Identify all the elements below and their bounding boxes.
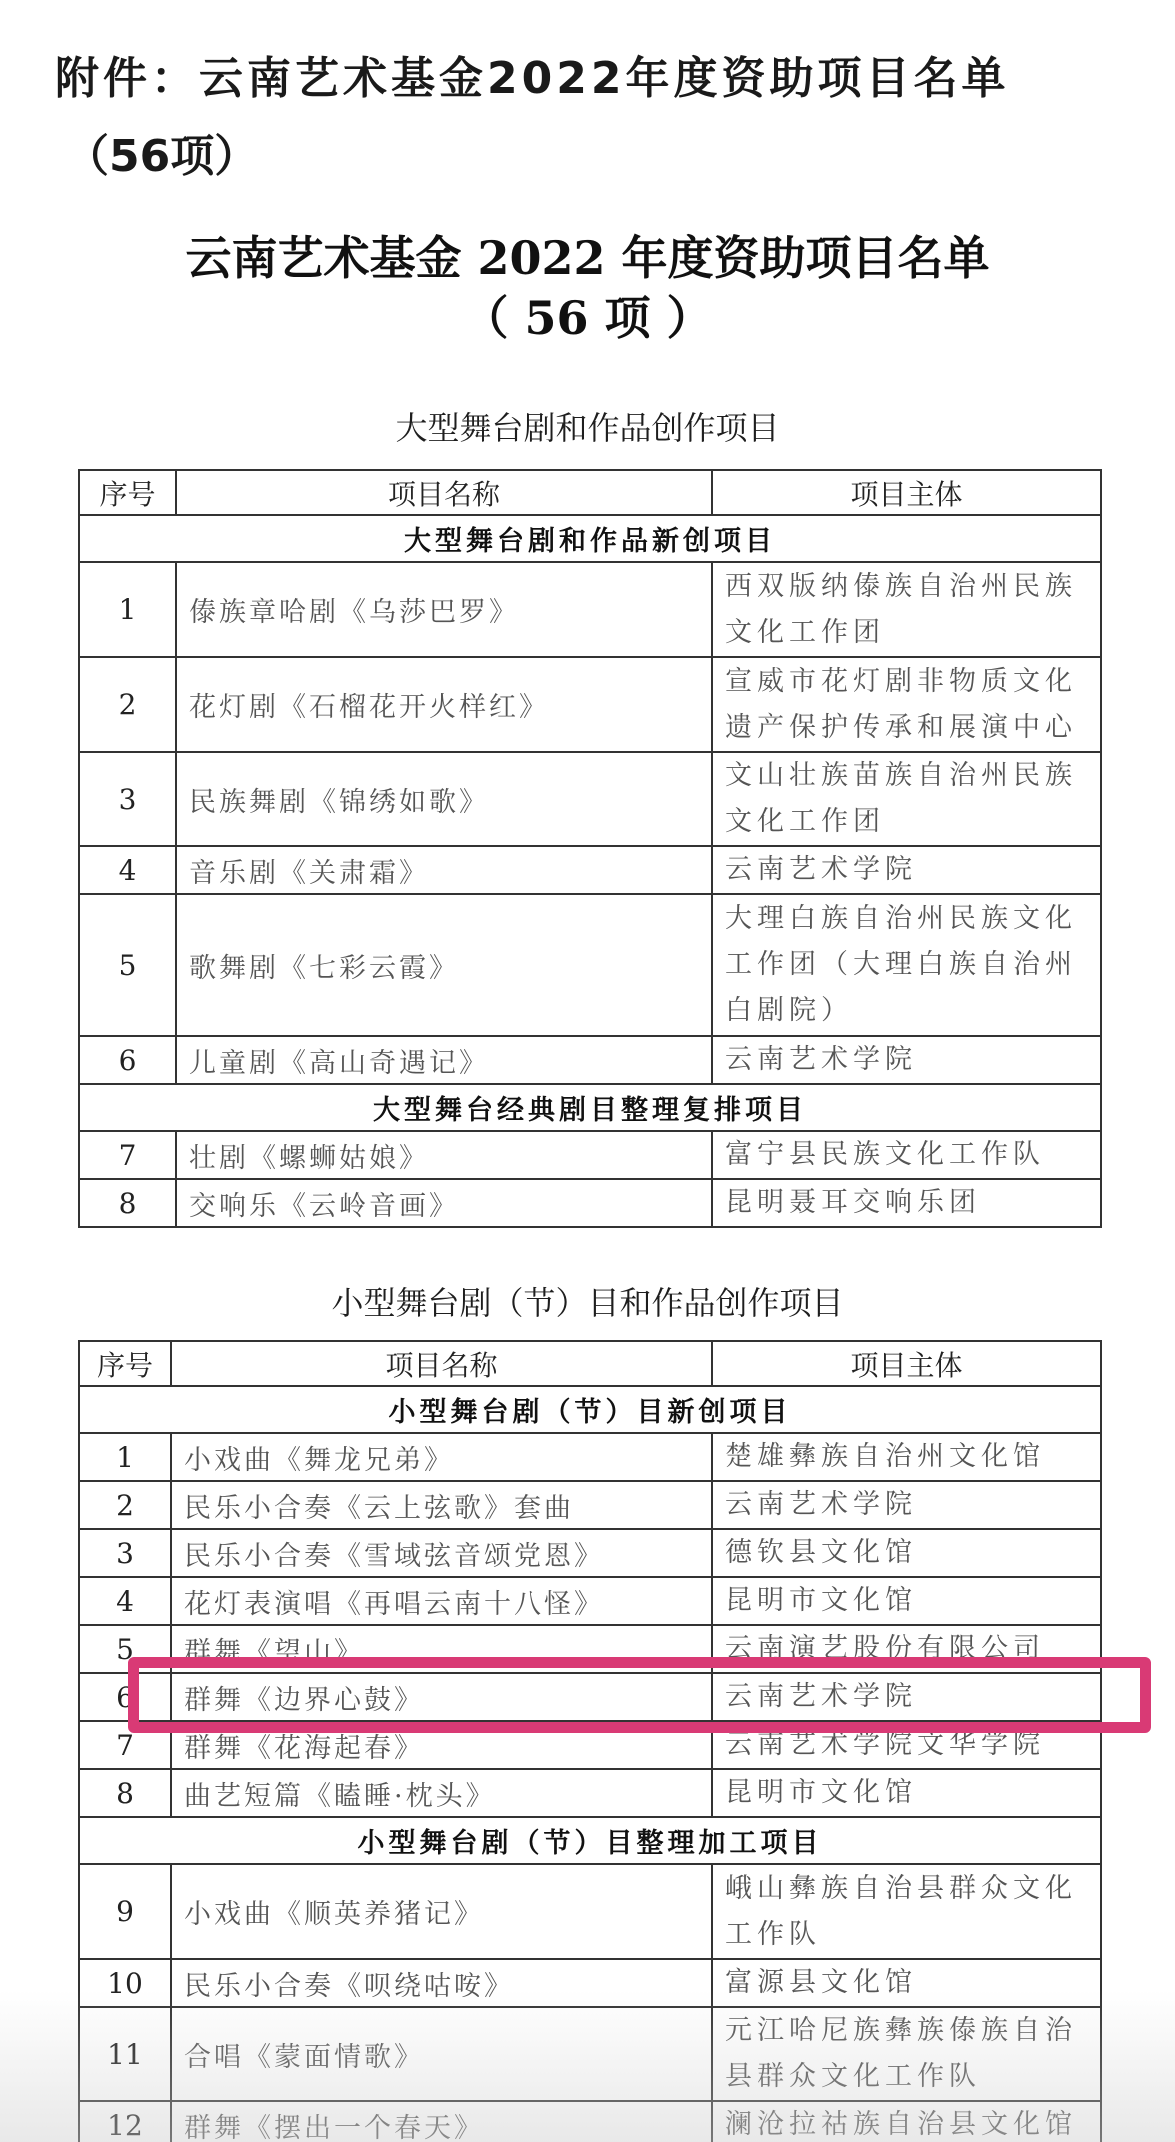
row-num: 5 (79, 894, 176, 1036)
row-name: 歌舞剧《七彩云霞》 (176, 894, 712, 1036)
post-title-line2: （56项） (55, 118, 1155, 196)
section-row: 大型舞台剧和作品新创项目 (79, 515, 1101, 562)
table-row: 8 曲艺短篇《瞌睡·枕头》 昆明市文化馆 (79, 1769, 1101, 1817)
row-org: 楚雄彝族自治州文化馆 (712, 1433, 1101, 1481)
table-row: 3 民族舞剧《锦绣如歌》 文山壮族苗族自治州民族文化工作团 (79, 752, 1101, 846)
col-header-num: 序号 (79, 1341, 171, 1386)
table-row: 5 群舞《望山》 云南演艺股份有限公司 (79, 1625, 1101, 1673)
row-org: 峨山彝族自治县群众文化工作队 (712, 1864, 1101, 1959)
row-num: 4 (79, 1577, 171, 1625)
row-num: 11 (79, 2007, 171, 2101)
col-header-org: 项目主体 (712, 470, 1101, 515)
row-name: 音乐剧《关肃霜》 (176, 846, 712, 894)
row-org: 富源县文化馆 (712, 1959, 1101, 2007)
row-name: 民族舞剧《锦绣如歌》 (176, 752, 712, 846)
row-name: 合唱《蒙面情歌》 (171, 2007, 712, 2101)
row-name: 曲艺短篇《瞌睡·枕头》 (171, 1769, 712, 1817)
row-org: 昆明市文化馆 (712, 1577, 1101, 1625)
row-org: 大理白族自治州民族文化工作团（大理白族自治州白剧院） (712, 894, 1101, 1036)
row-num: 3 (79, 752, 176, 846)
document-title-line1: 云南艺术基金 2022 年度资助项目名单 (0, 228, 1175, 288)
row-name: 民乐小合奏《呗绕咕咹》 (171, 1959, 712, 2007)
table-row: 7 群舞《花海起春》 云南艺术学院文华学院 (79, 1721, 1101, 1769)
table1-heading: 大型舞台剧和作品创作项目 (0, 403, 1175, 449)
row-name: 小戏曲《舞龙兄弟》 (171, 1433, 712, 1481)
row-num: 7 (79, 1131, 176, 1179)
col-header-name: 项目名称 (176, 470, 712, 515)
post-title-line1: 附件：云南艺术基金2022年度资助项目名单 (55, 53, 1009, 104)
row-num: 7 (79, 1721, 171, 1769)
row-org: 云南艺术学院 (712, 1481, 1101, 1529)
row-num: 6 (79, 1673, 171, 1721)
row-name: 儿童剧《高山奇遇记》 (176, 1036, 712, 1084)
row-num: 12 (79, 2101, 171, 2142)
table-large-stage: 序号 项目名称 项目主体 大型舞台剧和作品新创项目 1 傣族章哈剧《乌莎巴罗》 … (78, 469, 1102, 1228)
row-name: 群舞《花海起春》 (171, 1721, 712, 1769)
section-title: 小型舞台剧（节）目新创项目 (79, 1386, 1101, 1433)
section-row: 大型舞台经典剧目整理复排项目 (79, 1084, 1101, 1131)
row-org: 云南艺术学院 (712, 846, 1101, 894)
row-num: 4 (79, 846, 176, 894)
row-org: 昆明市文化馆 (712, 1769, 1101, 1817)
row-num: 1 (79, 562, 176, 657)
row-org: 昆明聂耳交响乐团 (712, 1179, 1101, 1227)
table2-heading: 小型舞台剧（节）目和作品创作项目 (0, 1278, 1175, 1324)
row-org: 文山壮族苗族自治州民族文化工作团 (712, 752, 1101, 846)
table-header-row: 序号 项目名称 项目主体 (79, 470, 1101, 515)
table-row: 1 傣族章哈剧《乌莎巴罗》 西双版纳傣族自治州民族文化工作团 (79, 562, 1101, 657)
section-title: 小型舞台剧（节）目整理加工项目 (79, 1817, 1101, 1864)
row-num: 10 (79, 1959, 171, 2007)
section-title: 大型舞台经典剧目整理复排项目 (79, 1084, 1101, 1131)
table-row: 5 歌舞剧《七彩云霞》 大理白族自治州民族文化工作团（大理白族自治州白剧院） (79, 894, 1101, 1036)
post-title: 附件：云南艺术基金2022年度资助项目名单 （56项） (55, 40, 1155, 196)
table-row: 8 交响乐《云岭音画》 昆明聂耳交响乐团 (79, 1179, 1101, 1227)
row-name: 傣族章哈剧《乌莎巴罗》 (176, 562, 712, 657)
row-org: 云南演艺股份有限公司 (712, 1625, 1101, 1673)
row-num: 5 (79, 1625, 171, 1673)
table-row-highlighted: 6 群舞《边界心鼓》 云南艺术学院 (79, 1673, 1101, 1721)
row-name: 群舞《摆出一个春天》 (171, 2101, 712, 2142)
table-small-stage: 序号 项目名称 项目主体 小型舞台剧（节）目新创项目 1 小戏曲《舞龙兄弟》 楚… (78, 1340, 1102, 2142)
row-name: 群舞《望山》 (171, 1625, 712, 1673)
table-row: 2 民乐小合奏《云上弦歌》套曲 云南艺术学院 (79, 1481, 1101, 1529)
row-num: 3 (79, 1529, 171, 1577)
row-name: 花灯表演唱《再唱云南十八怪》 (171, 1577, 712, 1625)
col-header-org: 项目主体 (712, 1341, 1101, 1386)
document-title: 云南艺术基金 2022 年度资助项目名单 （ 56 项 ） (0, 228, 1175, 348)
table-row: 3 民乐小合奏《雪域弦音颂党恩》 德钦县文化馆 (79, 1529, 1101, 1577)
row-org: 西双版纳傣族自治州民族文化工作团 (712, 562, 1101, 657)
row-org: 宣威市花灯剧非物质文化遗产保护传承和展演中心 (712, 657, 1101, 752)
section-row: 小型舞台剧（节）目新创项目 (79, 1386, 1101, 1433)
row-org: 富宁县民族文化工作队 (712, 1131, 1101, 1179)
section-row: 小型舞台剧（节）目整理加工项目 (79, 1817, 1101, 1864)
row-num: 2 (79, 657, 176, 752)
table-row: 9 小戏曲《顺英养猪记》 峨山彝族自治县群众文化工作队 (79, 1864, 1101, 1959)
row-num: 8 (79, 1179, 176, 1227)
table-row: 7 壮剧《螺蛳姑娘》 富宁县民族文化工作队 (79, 1131, 1101, 1179)
row-name: 群舞《边界心鼓》 (171, 1673, 712, 1721)
row-name: 民乐小合奏《云上弦歌》套曲 (171, 1481, 712, 1529)
col-header-num: 序号 (79, 470, 176, 515)
row-num: 1 (79, 1433, 171, 1481)
table-row: 4 花灯表演唱《再唱云南十八怪》 昆明市文化馆 (79, 1577, 1101, 1625)
row-name: 民乐小合奏《雪域弦音颂党恩》 (171, 1529, 712, 1577)
table-row: 4 音乐剧《关肃霜》 云南艺术学院 (79, 846, 1101, 894)
row-name: 花灯剧《石榴花开火样红》 (176, 657, 712, 752)
table-header-row: 序号 项目名称 项目主体 (79, 1341, 1101, 1386)
row-org: 云南艺术学院 (712, 1036, 1101, 1084)
table-row: 2 花灯剧《石榴花开火样红》 宣威市花灯剧非物质文化遗产保护传承和展演中心 (79, 657, 1101, 752)
row-num: 9 (79, 1864, 171, 1959)
row-num: 6 (79, 1036, 176, 1084)
table-row: 6 儿童剧《高山奇遇记》 云南艺术学院 (79, 1036, 1101, 1084)
table-row: 12 群舞《摆出一个春天》 澜沧拉祜族自治县文化馆 (79, 2101, 1101, 2142)
row-org: 德钦县文化馆 (712, 1529, 1101, 1577)
row-num: 8 (79, 1769, 171, 1817)
row-org: 元江哈尼族彝族傣族自治县群众文化工作队 (712, 2007, 1101, 2101)
row-org: 云南艺术学院 (712, 1673, 1101, 1721)
row-org: 云南艺术学院文华学院 (712, 1721, 1101, 1769)
table-row: 11 合唱《蒙面情歌》 元江哈尼族彝族傣族自治县群众文化工作队 (79, 2007, 1101, 2101)
row-org: 澜沧拉祜族自治县文化馆 (712, 2101, 1101, 2142)
row-num: 2 (79, 1481, 171, 1529)
table-row: 1 小戏曲《舞龙兄弟》 楚雄彝族自治州文化馆 (79, 1433, 1101, 1481)
section-title: 大型舞台剧和作品新创项目 (79, 515, 1101, 562)
table-row: 10 民乐小合奏《呗绕咕咹》 富源县文化馆 (79, 1959, 1101, 2007)
row-name: 交响乐《云岭音画》 (176, 1179, 712, 1227)
document-title-line2: （ 56 项 ） (0, 288, 1175, 348)
col-header-name: 项目名称 (171, 1341, 712, 1386)
row-name: 小戏曲《顺英养猪记》 (171, 1864, 712, 1959)
row-name: 壮剧《螺蛳姑娘》 (176, 1131, 712, 1179)
